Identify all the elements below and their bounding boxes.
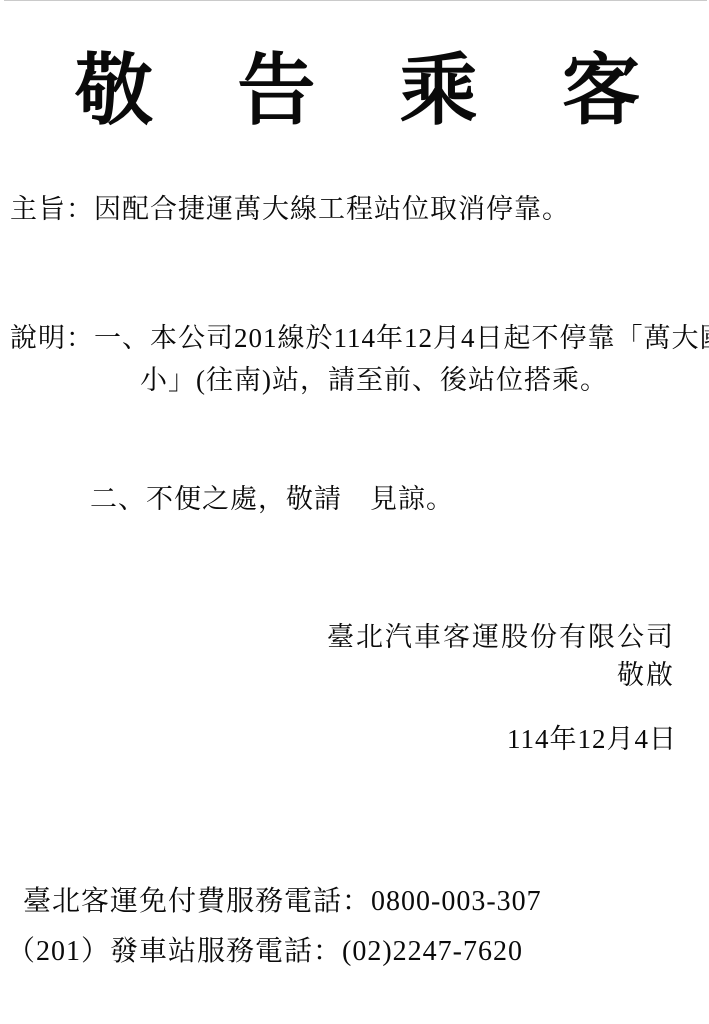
explanation-item-2: 二、不便之處，敬請 見諒。 bbox=[90, 478, 454, 520]
scan-artifact-line bbox=[4, 0, 707, 1]
signature-block: 臺北汽車客運股份有限公司 敬啟 bbox=[327, 620, 675, 690]
notice-page: 敬 告 乘 客 主旨：因配合捷運萬大線工程站位取消停靠。 說明：一、本公司201… bbox=[0, 0, 709, 1024]
notice-date: 114年12月4日 bbox=[507, 717, 677, 756]
explanation-block: 說明：一、本公司201線於114年12月4日起不停靠「萬大國 小」(往南)站，請… bbox=[10, 317, 702, 401]
toll-free-phone-line: 臺北客運免付費服務電話：0800-003-307 bbox=[23, 881, 542, 923]
title-char-4: 客 bbox=[562, 44, 640, 138]
explanation-line-2: 小」(往南)站，請至前、後站位搭乘。 bbox=[140, 359, 702, 401]
explanation-line-1: 說明：一、本公司201線於114年12月4日起不停靠「萬大國 bbox=[10, 317, 702, 359]
title-char-1: 敬 bbox=[75, 44, 153, 138]
closing-salutation: 敬啟 bbox=[327, 660, 675, 690]
company-name: 臺北汽車客運股份有限公司 bbox=[327, 620, 675, 654]
page-title: 敬 告 乘 客 bbox=[75, 44, 640, 138]
depot-phone-line: （201）發車站服務電話：(02)2247-7620 bbox=[7, 931, 523, 973]
subject-line: 主旨：因配合捷運萬大線工程站位取消停靠。 bbox=[10, 188, 570, 230]
title-char-3: 乘 bbox=[400, 44, 478, 138]
title-char-2: 告 bbox=[237, 44, 315, 138]
